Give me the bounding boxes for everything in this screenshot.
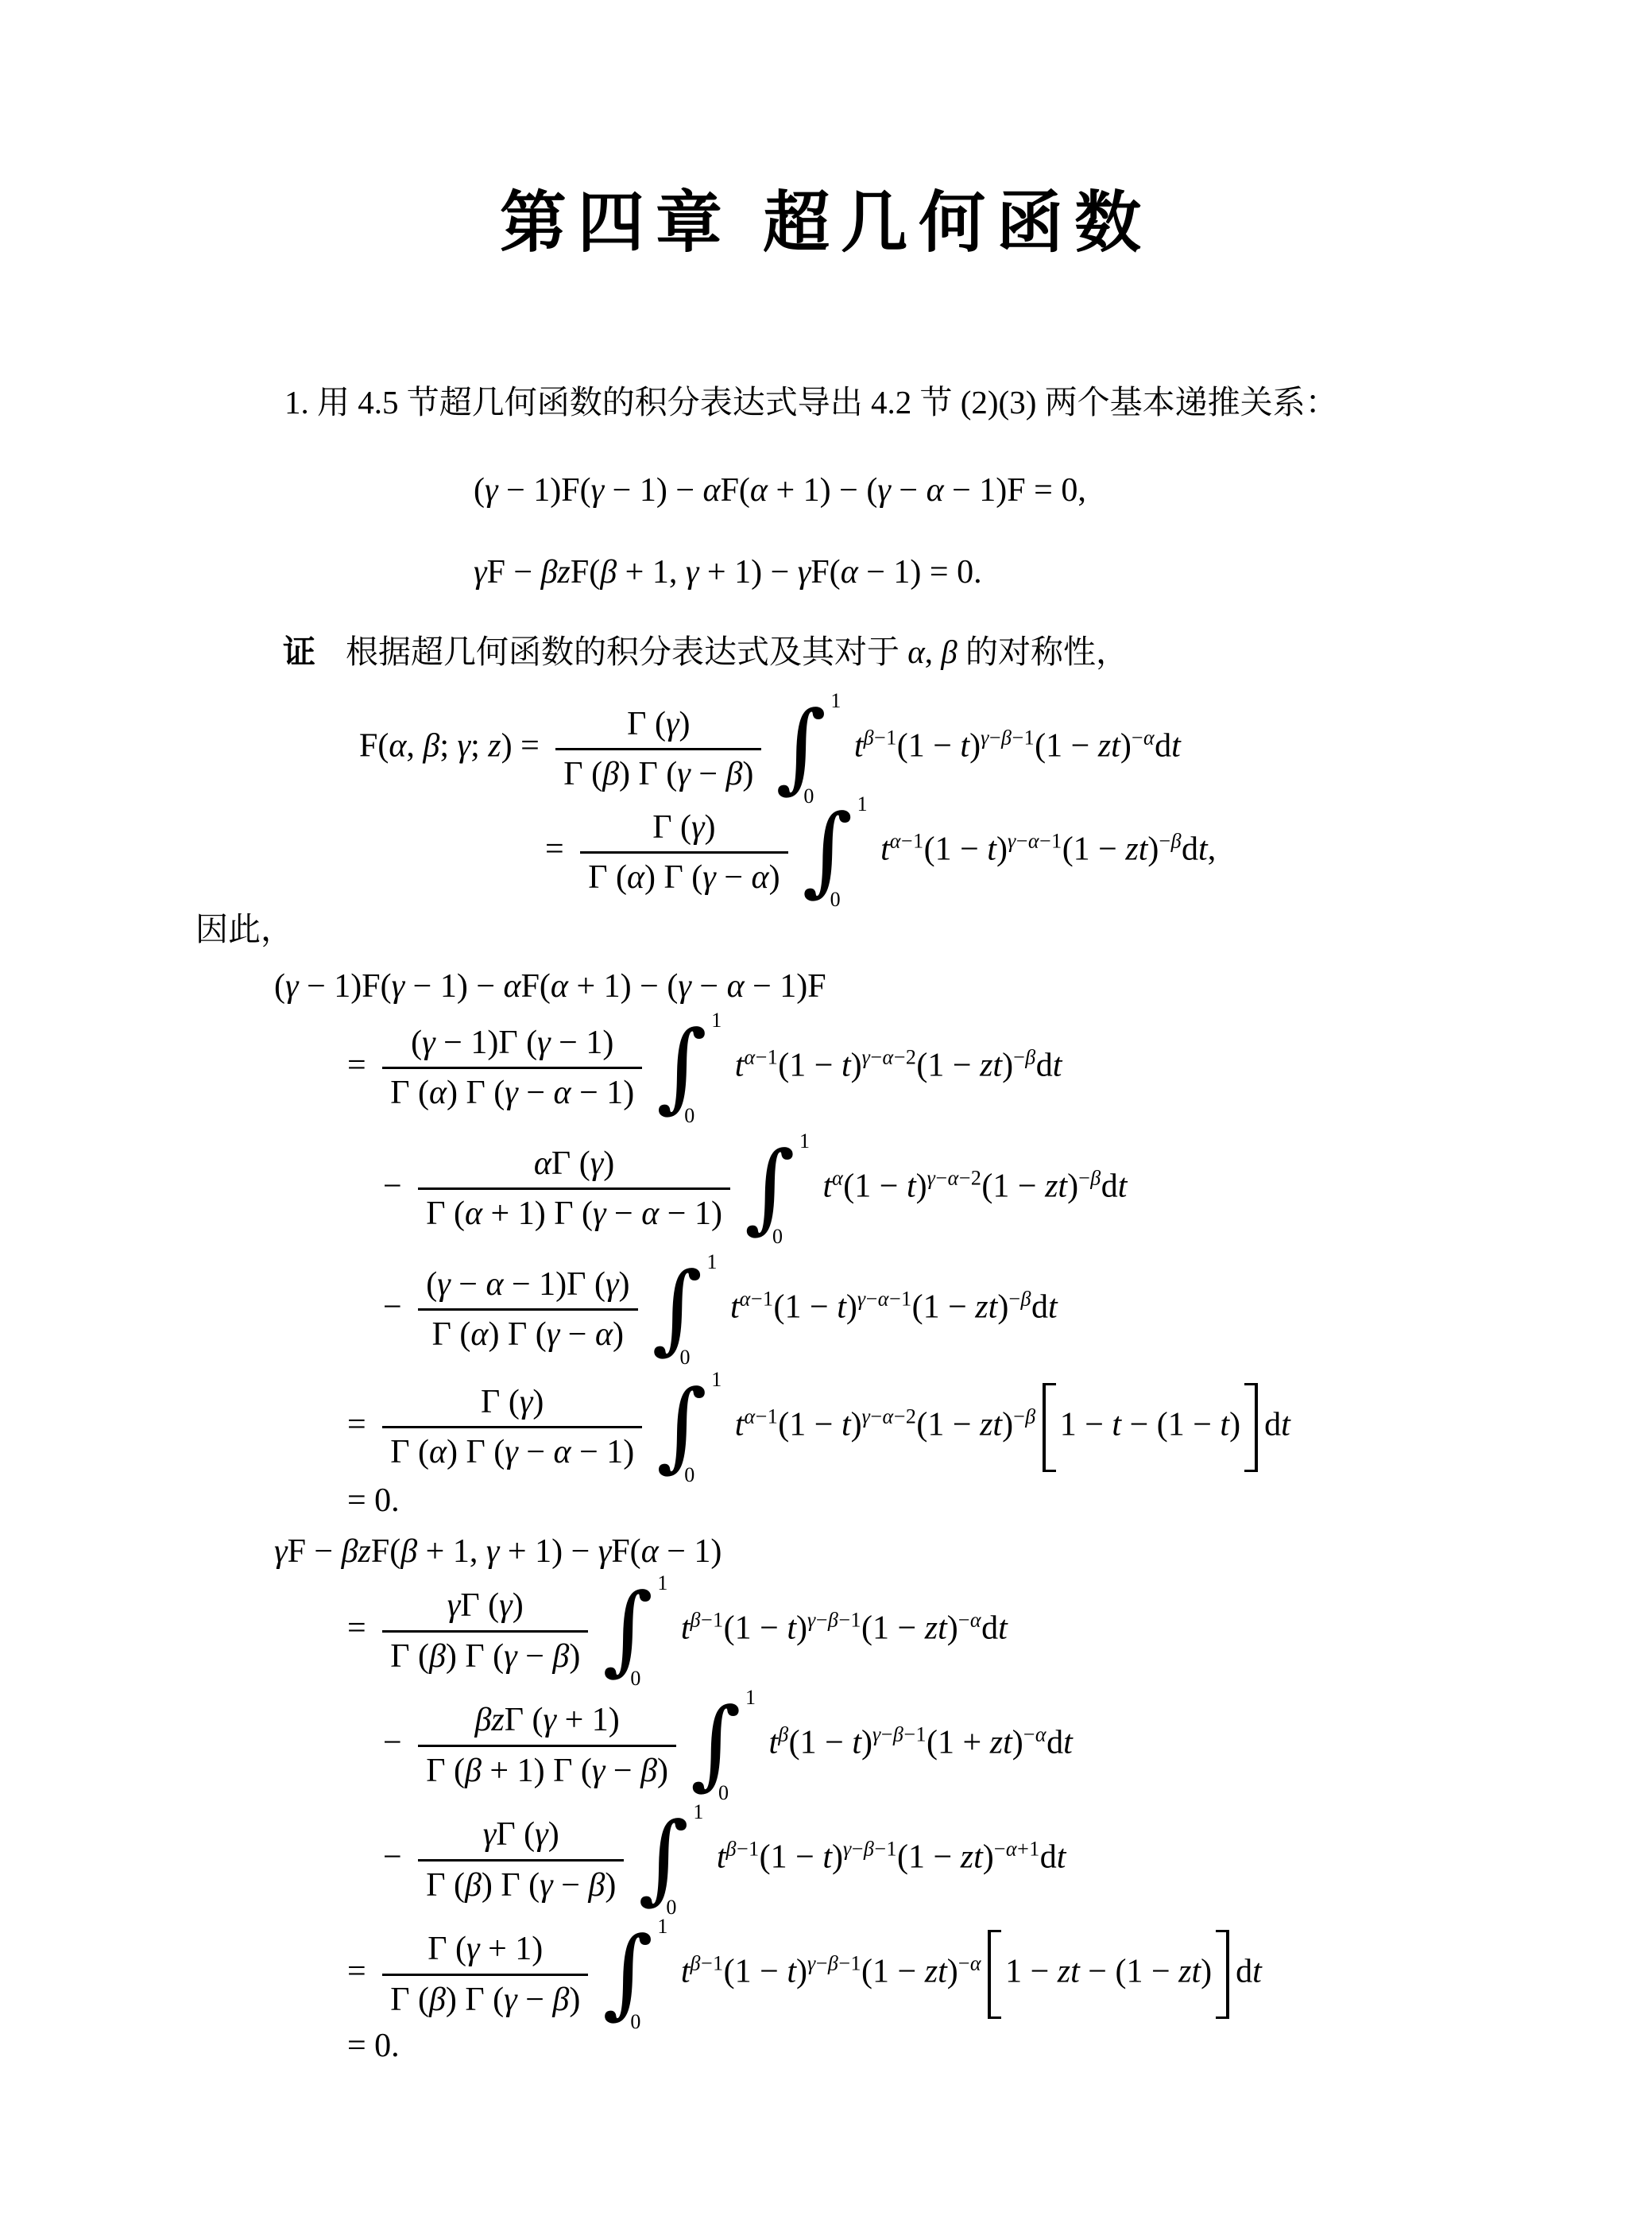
- math-run: −: [816, 1952, 828, 1975]
- math-var: α: [841, 554, 858, 591]
- math-run: ): [548, 1816, 559, 1853]
- math-run: −: [1013, 1045, 1025, 1068]
- math-run: F(: [811, 554, 840, 591]
- math-run: ) Γ (: [447, 1075, 505, 1111]
- math-run: =: [347, 1610, 374, 1647]
- math-run: =: [545, 831, 572, 868]
- math-run: −1: [903, 1723, 927, 1746]
- math-run: ): [1229, 1406, 1240, 1443]
- fraction: (γ − 1)Γ (γ − 1)Γ (α) Γ (γ − α − 1): [382, 1025, 642, 1111]
- integral-glyph: ∫: [745, 1138, 795, 1235]
- math-run: d: [1101, 1168, 1118, 1204]
- math-run: ): [603, 1145, 614, 1182]
- math-run: (: [411, 1025, 422, 1061]
- math-run: (: [474, 472, 485, 509]
- math-var: γ: [592, 1753, 605, 1789]
- math-var: γ: [504, 1638, 517, 1675]
- math-var: t: [1198, 831, 1208, 868]
- math-var: γ: [843, 1838, 852, 1861]
- math-var: α: [429, 1075, 447, 1111]
- superscript: α−1: [744, 1404, 778, 1428]
- math-var: γ: [1008, 830, 1016, 853]
- math-run: ): [1147, 831, 1159, 868]
- math-var: β: [1090, 1166, 1101, 1189]
- math-var: α: [740, 1287, 751, 1310]
- math-var: α: [703, 472, 721, 509]
- superscript: β−1: [691, 1609, 724, 1632]
- math-var: γ: [540, 1867, 553, 1904]
- math-var: t: [841, 1047, 851, 1083]
- math-run: (1 −: [778, 1047, 841, 1083]
- math-run: d: [1031, 1288, 1048, 1325]
- math-run: −: [994, 1838, 1006, 1861]
- math-var: α: [744, 1045, 755, 1068]
- math-run: Γ (: [390, 1638, 429, 1675]
- math-run: −: [691, 756, 726, 792]
- math-run: ): [705, 809, 716, 846]
- math-var: β: [465, 1753, 482, 1789]
- math-var: t: [1063, 1725, 1073, 1761]
- math-run: ): [1012, 1725, 1023, 1761]
- math-var: γ: [593, 1195, 606, 1232]
- math-var: β: [828, 1609, 838, 1632]
- math-run: ): [1002, 1047, 1013, 1083]
- math-var: γ: [702, 859, 716, 896]
- superscript: α: [832, 1166, 843, 1189]
- integral-sign: ∫10: [776, 694, 838, 804]
- math-run: d: [1036, 1047, 1053, 1083]
- math-var: t: [735, 1047, 745, 1083]
- integral-glyph: ∫: [602, 1924, 653, 2021]
- math-var: α: [750, 472, 768, 509]
- math-var: t: [1048, 1288, 1058, 1325]
- fraction-denominator: Γ (α) Γ (γ − α − 1): [382, 1067, 642, 1111]
- integral-sign: ∫10: [656, 1013, 718, 1123]
- math-var: β: [691, 1609, 701, 1632]
- math-run: F −: [487, 554, 541, 591]
- math-run: F(: [359, 728, 389, 765]
- math-run: (1 +: [927, 1725, 990, 1761]
- math-run: F(: [611, 1533, 640, 1570]
- math-var: t: [1057, 1839, 1066, 1876]
- integral-upper-limit: 1: [711, 1010, 722, 1031]
- math-run: ): [796, 1954, 807, 1990]
- math-var: α: [970, 1952, 981, 1975]
- math-var: γ: [605, 1266, 619, 1303]
- math-var: α: [470, 1316, 488, 1353]
- math-run: ): [513, 1587, 524, 1624]
- superscript: γ−α−1: [1008, 830, 1062, 853]
- math-var: t: [1171, 728, 1181, 765]
- math-var: γ: [499, 1587, 513, 1624]
- math-var: βz: [342, 1533, 371, 1570]
- math-run: ): [983, 1839, 994, 1876]
- superscript: −β: [1013, 1404, 1036, 1428]
- math-var: zt: [961, 1839, 983, 1876]
- math-var: β: [423, 728, 439, 765]
- math-var: γ: [504, 1982, 517, 2018]
- math-var: α: [554, 1434, 571, 1470]
- integral-sign: ∫10: [745, 1134, 807, 1244]
- math-run: (1 −: [924, 831, 988, 868]
- math-run: ): [657, 1753, 668, 1789]
- math-run: ) Γ (: [482, 1867, 540, 1904]
- fraction-numerator: Γ (γ): [555, 706, 761, 748]
- math-var: α: [907, 633, 925, 670]
- math-run: + 1) −: [499, 1533, 598, 1570]
- math-var: β: [726, 756, 743, 792]
- integral-upper-limit: 1: [693, 1802, 703, 1823]
- math-run: ): [742, 756, 753, 792]
- math-run: −: [1016, 830, 1028, 853]
- math-run: −2: [894, 1404, 917, 1428]
- math-var: γ: [486, 1533, 500, 1570]
- math-run: −: [383, 1839, 410, 1876]
- math-run: (1 −: [1035, 728, 1098, 765]
- math-var: t: [1281, 1406, 1290, 1443]
- derivation2-line-2: − βzΓ (γ + 1)Γ (β + 1) Γ (γ − β)∫10 tβ(1…: [383, 1691, 1652, 1800]
- math-run: ): [605, 1867, 616, 1904]
- math-run: ): [679, 706, 691, 742]
- math-var: γ: [598, 1533, 612, 1570]
- math-run: Γ (: [460, 1587, 499, 1624]
- math-run: ): [996, 831, 1008, 868]
- math-var: zt: [1178, 1954, 1201, 1990]
- math-var: z: [488, 728, 501, 765]
- math-run: −: [958, 1952, 970, 1975]
- math-var: zt: [975, 1288, 997, 1325]
- math-var: zt: [925, 1610, 947, 1647]
- big-right-bracket: [1244, 1383, 1258, 1472]
- math-run: + 1) −: [698, 554, 797, 591]
- superscript: γ−α−1: [857, 1287, 912, 1310]
- fraction-numerator: Γ (γ): [580, 809, 787, 851]
- integral-glyph: ∫: [652, 1259, 703, 1356]
- math-var: β: [864, 726, 874, 750]
- integral-lower-limit: 0: [666, 1897, 676, 1918]
- math-run: ;: [470, 728, 488, 765]
- math-run: ): [1201, 1954, 1212, 1990]
- math-run: −1: [756, 1404, 779, 1428]
- math-var: t: [907, 1168, 916, 1204]
- math-var: t: [998, 1610, 1008, 1647]
- math-var: t: [1118, 1168, 1128, 1204]
- integral-sign: ∫10: [803, 797, 865, 907]
- integral-upper-limit: 1: [711, 1370, 722, 1390]
- math-var: zt: [1098, 728, 1120, 765]
- fraction: Γ (γ)Γ (α) Γ (γ − α − 1): [382, 1384, 642, 1470]
- fraction-numerator: γΓ (γ): [382, 1587, 588, 1629]
- math-run: (1 −: [1062, 831, 1126, 868]
- math-var: zt: [980, 1047, 1002, 1083]
- integral-upper-limit: 1: [830, 691, 841, 711]
- math-run: (: [426, 1266, 437, 1303]
- math-run: ) Γ (: [446, 1638, 504, 1675]
- math-run: − 1): [659, 1195, 722, 1232]
- math-run: −: [559, 1316, 595, 1353]
- math-run: Γ (: [426, 1753, 465, 1789]
- math-var: t: [854, 728, 864, 765]
- math-run: (1 −: [778, 1406, 841, 1443]
- fraction: Γ (γ + 1)Γ (β) Γ (γ − β): [382, 1931, 588, 2017]
- big-left-bracket: [988, 1930, 1001, 2019]
- math-run: ): [969, 728, 981, 765]
- math-run: ): [851, 1406, 862, 1443]
- superscript: β: [778, 1723, 788, 1746]
- fraction: Γ (γ)Γ (α) Γ (γ − α): [580, 809, 787, 896]
- fraction-denominator: Γ (β) Γ (γ − β): [382, 1974, 588, 2018]
- fraction-denominator: Γ (α) Γ (γ − α − 1): [382, 1426, 642, 1470]
- math-run: (1 −: [724, 1610, 787, 1647]
- fraction-numerator: (γ − 1)Γ (γ − 1): [382, 1025, 642, 1067]
- math-run: [708, 1839, 717, 1876]
- math-run: ) Γ (: [644, 859, 702, 896]
- math-var: t: [681, 1954, 691, 1990]
- math-run: −: [1078, 1166, 1090, 1189]
- integral-upper-limit: 1: [707, 1252, 718, 1273]
- superscript: β−1: [691, 1952, 724, 1975]
- math-var: α: [1028, 830, 1039, 853]
- integral-lower-limit: 0: [630, 2012, 640, 2032]
- math-run: −: [383, 1725, 410, 1761]
- math-var: α: [1035, 1723, 1047, 1746]
- math-var: βz: [541, 554, 571, 591]
- math-run: − 1)Γ (: [435, 1025, 537, 1061]
- math-run: =: [347, 1954, 374, 1990]
- math-var: zt: [1058, 1954, 1080, 1990]
- math-var: γ: [678, 968, 691, 1005]
- math-run: ;: [439, 728, 457, 765]
- math-var: β: [726, 1838, 737, 1861]
- fraction: αΓ (γ)Γ (α + 1) Γ (γ − α − 1): [418, 1145, 730, 1232]
- math-run: 1 −: [1060, 1406, 1112, 1443]
- math-run: ): [832, 1839, 843, 1876]
- math-run: Γ (: [551, 1145, 590, 1182]
- math-run: Γ (: [505, 1702, 544, 1738]
- math-run: ): [619, 1266, 630, 1303]
- proof-text-post: 的对称性，: [958, 633, 1128, 670]
- math-run: (1 −: [912, 1288, 976, 1325]
- math-run: −: [891, 472, 927, 509]
- math-var: γ: [437, 1266, 451, 1303]
- math-var: γ: [666, 706, 679, 742]
- big-right-bracket: [1216, 1930, 1229, 2019]
- superscript: β−1: [864, 726, 897, 750]
- fraction-numerator: αΓ (γ): [418, 1145, 730, 1187]
- math-run: d: [1182, 831, 1198, 868]
- fraction-numerator: (γ − α − 1)Γ (γ): [418, 1266, 637, 1308]
- math-var: t: [730, 1288, 740, 1325]
- math-run: −: [553, 1867, 589, 1904]
- math-var: α: [641, 1533, 659, 1570]
- math-run: − 1) = 0.: [858, 554, 982, 591]
- math-run: =: [347, 1406, 374, 1443]
- math-run: d: [1040, 1839, 1057, 1876]
- math-run: Γ (: [588, 859, 627, 896]
- math-var: β: [691, 1952, 701, 1975]
- math-var: t: [841, 1406, 851, 1443]
- superscript: γ−β−1: [981, 726, 1035, 750]
- math-run: −1: [838, 1952, 861, 1975]
- math-run: ): [1067, 1168, 1078, 1204]
- math-run: ) Γ (: [619, 756, 677, 792]
- integral-glyph: ∫: [656, 1377, 707, 1474]
- math-var: t: [822, 1168, 832, 1204]
- superscript: −β: [1159, 830, 1182, 853]
- math-run: d: [981, 1610, 998, 1647]
- fraction: Γ (γ)Γ (β) Γ (γ − β): [555, 706, 761, 792]
- math-run: −1: [889, 1287, 912, 1310]
- math-run: (1 −: [861, 1954, 925, 1990]
- math-run: −: [1023, 1723, 1035, 1746]
- math-var: γ: [505, 1434, 518, 1470]
- math-var: α: [883, 1045, 894, 1068]
- math-run: − 1) −: [404, 968, 503, 1005]
- math-run: ): [916, 1168, 927, 1204]
- math-var: γ: [544, 1702, 557, 1738]
- math-run: (1 −: [789, 1725, 853, 1761]
- math-var: α: [832, 1166, 843, 1189]
- math-run: (1 −: [981, 1168, 1045, 1204]
- math-var: α: [890, 830, 901, 853]
- math-var: zt: [990, 1725, 1012, 1761]
- math-var: β: [602, 756, 619, 792]
- math-run: d: [1155, 728, 1171, 765]
- math-run: Γ (: [627, 706, 666, 742]
- superscript: γ−β−1: [872, 1723, 927, 1746]
- math-var: α: [1143, 726, 1155, 750]
- math-var: α: [970, 1609, 981, 1632]
- math-run: (1 −: [897, 1839, 961, 1876]
- math-var: α: [752, 859, 769, 896]
- math-var: γ: [862, 1045, 871, 1068]
- math-var: zt: [925, 1954, 947, 1990]
- math-var: t: [769, 1725, 779, 1761]
- fraction-denominator: Γ (β) Γ (γ − β): [555, 748, 761, 792]
- math-run: (1 −: [916, 1406, 980, 1443]
- integral-upper-limit: 1: [745, 1687, 756, 1708]
- math-var: β: [778, 1723, 788, 1746]
- math-run: − (1 −: [1080, 1954, 1178, 1990]
- math-var: α: [554, 1075, 571, 1111]
- derivation2-result: = 0.: [347, 2028, 1652, 2064]
- math-var: t: [1220, 1406, 1229, 1443]
- proof-paragraph: 证根据超几何函数的积分表达式及其对于 α, β 的对称性，: [283, 631, 1652, 673]
- superscript: γ−α−2: [862, 1404, 917, 1428]
- superscript: γ−β−1: [807, 1952, 861, 1975]
- math-var: t: [987, 831, 996, 868]
- math-var: γ: [691, 809, 705, 846]
- math-run: −: [1008, 1287, 1020, 1310]
- math-run: ,: [406, 728, 423, 765]
- integral-glyph: ∫: [691, 1695, 741, 1792]
- integral-upper-limit: 1: [857, 794, 868, 815]
- math-run: −1: [874, 726, 897, 750]
- math-run: d: [1264, 1406, 1281, 1443]
- integral-sign: ∫10: [652, 1255, 714, 1365]
- math-var: γ: [483, 1816, 497, 1853]
- math-run: −: [691, 968, 727, 1005]
- math-var: γ: [807, 1952, 816, 1975]
- math-run: [814, 1168, 823, 1204]
- big-left-bracket: [1043, 1383, 1056, 1472]
- math-run: ): [569, 1638, 580, 1675]
- integral-glyph: ∫: [803, 802, 853, 899]
- superscript: γ−β−1: [807, 1609, 861, 1632]
- integral-sign: ∫10: [602, 1576, 664, 1686]
- math-run: [672, 1954, 681, 1990]
- math-var: γ: [807, 1609, 816, 1632]
- fraction-numerator: Γ (γ + 1): [382, 1931, 588, 1973]
- math-var: γ: [474, 554, 487, 591]
- math-run: −: [383, 1288, 410, 1325]
- math-run: (1 −: [861, 1610, 925, 1647]
- math-run: −: [958, 1609, 970, 1632]
- math-run: −: [606, 1195, 642, 1232]
- math-run: −1: [838, 1609, 861, 1632]
- math-var: t: [681, 1610, 691, 1647]
- math-var: γ: [798, 554, 811, 591]
- fraction: βzΓ (γ + 1)Γ (β + 1) Γ (γ − β): [418, 1702, 676, 1788]
- integral-glyph: ∫: [638, 1810, 689, 1907]
- math-run: (1 −: [724, 1954, 787, 1990]
- math-var: α: [486, 1266, 503, 1303]
- math-var: β: [640, 1753, 657, 1789]
- math-var: β: [893, 1723, 903, 1746]
- math-run: Γ (: [426, 1867, 465, 1904]
- math-run: −: [1159, 830, 1170, 853]
- math-var: γ: [927, 1166, 936, 1189]
- math-var: β: [828, 1952, 838, 1975]
- superscript: −α: [1023, 1723, 1047, 1746]
- math-run: +1: [1017, 1838, 1040, 1861]
- math-run: ): [861, 1725, 872, 1761]
- math-var: t: [960, 728, 969, 765]
- math-var: β: [1025, 1045, 1035, 1068]
- integral-sign: ∫10: [602, 1920, 664, 2029]
- math-run: (1 −: [760, 1839, 823, 1876]
- fraction: γΓ (γ)Γ (β) Γ (γ − β): [382, 1587, 588, 1674]
- integral-lower-limit: 0: [630, 1668, 640, 1689]
- integral-upper-limit: 1: [799, 1131, 810, 1152]
- math-run: −1: [901, 830, 924, 853]
- math-run: − 1)F(: [498, 472, 591, 509]
- math-var: t: [880, 831, 890, 868]
- math-var: t: [852, 1725, 861, 1761]
- math-var: α: [641, 1195, 659, 1232]
- math-run: + 1,: [617, 554, 686, 591]
- math-var: β: [429, 1982, 446, 2018]
- math-run: + 1): [556, 1702, 620, 1738]
- math-run: −: [816, 1609, 828, 1632]
- math-run: ): [569, 1982, 580, 2018]
- math-var: α: [551, 968, 568, 1005]
- math-run: ): [846, 1288, 857, 1325]
- integral-lower-limit: 0: [680, 1347, 691, 1368]
- problem-statement: 1. 用 4.5 节超几何函数的积分表达式导出 4.2 节 (2)(3) 两个基…: [284, 382, 1652, 424]
- math-run: [760, 1725, 769, 1761]
- math-var: α: [534, 1145, 551, 1182]
- math-run: ,: [1208, 831, 1217, 868]
- math-run: ,: [925, 633, 942, 670]
- superscript: −α: [1132, 726, 1155, 750]
- math-var: β: [1001, 726, 1012, 750]
- math-var: α: [595, 1316, 613, 1353]
- math-var: γ: [422, 1025, 435, 1061]
- math-run: 1 −: [1005, 1954, 1058, 1990]
- math-run: ): [613, 1316, 624, 1353]
- math-var: γ: [466, 1931, 480, 1967]
